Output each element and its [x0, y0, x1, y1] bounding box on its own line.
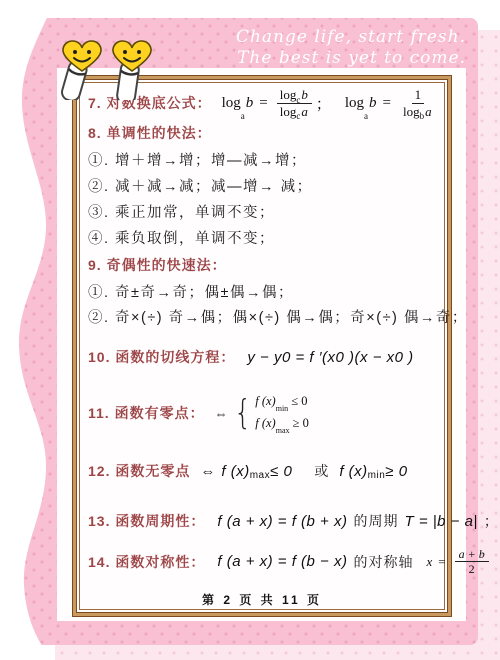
- equals: =: [383, 95, 391, 112]
- tangent-line-formula: y − y0 = f ′(x0 )(x − x0 ): [247, 349, 413, 366]
- section-8-heading: 8. 单调性的快法：: [88, 123, 212, 143]
- axis-text: 的对称轴: [353, 552, 413, 572]
- section-12-label: 12. 函数无零点: [88, 461, 190, 481]
- subscript: a: [241, 112, 245, 121]
- log-token: log: [222, 95, 241, 112]
- document-sheet: 7. 对数换底公式： logab = logcb logca ； logab =: [57, 68, 466, 621]
- notes-page: Change life, start fresh. The best is ye…: [0, 0, 500, 660]
- fraction: a + b 2: [455, 547, 489, 577]
- semicolon: ；: [484, 511, 499, 531]
- section-14-label: 14. 函数对称性：: [88, 552, 205, 572]
- list-item: ③. 乘正加常，单调不变；: [88, 201, 442, 222]
- fraction: logcb logca: [277, 87, 312, 119]
- list-item: ④. 乘负取倒，单调不变；: [88, 227, 442, 248]
- inequality: ≤ 0: [288, 394, 307, 408]
- page-number: 第 2 页 共 11 页: [80, 591, 444, 608]
- variable: b: [369, 95, 377, 112]
- list-item: ②. 减＋减→减；减—增→ 减；: [88, 175, 442, 196]
- fraction: 1 logba: [400, 87, 436, 119]
- list-item: ①. 奇±奇→奇；偶±偶→偶；: [88, 281, 442, 302]
- section-13-label: 13. 函数周期性：: [88, 511, 205, 531]
- variable: x: [426, 554, 432, 570]
- equals: =: [259, 95, 267, 112]
- separator: ；: [316, 93, 331, 114]
- log-token: log: [403, 104, 420, 120]
- section-9-heading: 9. 奇偶性的快速法：: [88, 255, 227, 275]
- section-12-row: 12. 函数无零点 ⇔ f (x)max ≤ 0 或 f (x)min ≥ 0: [88, 461, 442, 481]
- symmetry-formula: f (a + x) = f (b − x): [217, 553, 347, 570]
- section-9-heading-row: 9. 奇偶性的快速法：: [88, 255, 442, 275]
- list-item: ①. 增＋增→增；增—减→增；: [88, 149, 442, 170]
- quote-line-1: Change life, start fresh.: [236, 27, 466, 48]
- subscript: c: [296, 112, 300, 121]
- function-expr: f (x): [255, 416, 275, 430]
- axis-equation: x = a + b 2: [425, 547, 492, 577]
- period-text: 的周期: [353, 511, 398, 531]
- smiley-icon: [60, 41, 101, 100]
- section-10-label: 10. 函数的切线方程：: [88, 347, 235, 367]
- section-14-row: 14. 函数对称性： f (a + x) = f (b − x) 的对称轴 x …: [88, 547, 442, 577]
- section-10-row: 10. 函数的切线方程： y − y0 = f ′(x0 )(x − x0 ): [88, 347, 442, 367]
- subscript: c: [296, 96, 300, 105]
- content-area: 7. 对数换底公式： logab = logcb logca ； logab =: [79, 82, 445, 610]
- no-zero-expr-1: f (x)max ≤ 0: [221, 463, 292, 480]
- equals: =: [438, 554, 445, 570]
- zero-point-system: f (x)min ≤ 0 f (x)max ≥ 0: [255, 391, 309, 435]
- iff-symbol: ⇔: [200, 463, 215, 480]
- inequality: ≥ 0: [290, 416, 309, 430]
- variable: b: [301, 87, 308, 103]
- periodicity-formula: f (a + x) = f (b + x): [217, 513, 347, 530]
- list-item: ②. 奇×(÷) 奇→偶；偶×(÷) 偶→偶；奇×(÷) 偶→奇；: [88, 306, 442, 327]
- frame-border: 7. 对数换底公式： logab = logcb logca ； logab =: [72, 75, 452, 617]
- section-11-label: 11. 函数有零点：: [88, 403, 205, 423]
- header-quote: Change life, start fresh. The best is ye…: [236, 27, 466, 70]
- system-brace: {: [234, 398, 251, 429]
- no-zero-expr-2: f (x)min ≥ 0: [339, 463, 407, 480]
- variable: a: [301, 104, 308, 120]
- log-token: log: [280, 87, 297, 103]
- section-11-row: 11. 函数有零点： ⇔ { f (x)min ≤ 0 f (x)max ≥ 0: [88, 391, 442, 435]
- period-value: T = |b − a|: [404, 513, 477, 530]
- section-13-row: 13. 函数周期性： f (a + x) = f (b + x) 的周期 T =…: [88, 511, 442, 531]
- variable: a: [425, 104, 432, 120]
- or-word: 或: [314, 461, 329, 481]
- subscript: a: [364, 112, 368, 121]
- variable: b: [246, 95, 254, 112]
- function-expr: f (x): [255, 394, 275, 408]
- log-token: log: [280, 104, 297, 120]
- quote-line-2: The best is yet to come.: [236, 48, 466, 69]
- subscript: b: [420, 112, 425, 121]
- change-of-base-formula: logab = logcb logca ； logab = 1 logba: [222, 87, 440, 119]
- subscript-min: min: [276, 402, 288, 416]
- iff-symbol: ⇔: [215, 406, 228, 421]
- section-8-heading-row: 8. 单调性的快法：: [88, 123, 442, 143]
- log-token: log: [345, 95, 364, 112]
- smiley-icon: [113, 41, 151, 100]
- subscript-max: max: [276, 424, 290, 438]
- smiley-characters: [55, 30, 165, 100]
- numerator: 1: [412, 87, 425, 104]
